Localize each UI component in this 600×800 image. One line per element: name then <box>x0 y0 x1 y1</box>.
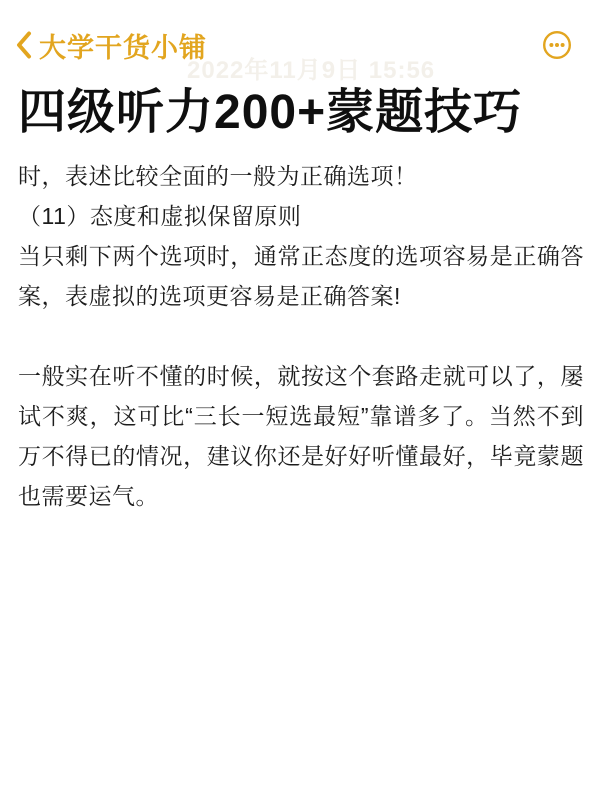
body-paragraph: （11）态度和虚拟保留原则 <box>18 196 584 236</box>
more-options-button[interactable] <box>542 30 572 60</box>
note-title: 四级听力200+蒙题技巧 <box>18 84 582 142</box>
body-paragraph: 时，表述比较全面的一般为正确选项！ <box>18 156 584 196</box>
note-page: 大学干货小铺 2022年11月9日 15:56 四级听力200+蒙题技巧 时，表… <box>0 0 600 800</box>
body-paragraph: 当只剩下两个选项时，通常正态度的选项容易是正确答案，表虚拟的选项更容易是正确答案… <box>18 236 584 316</box>
ellipsis-circle-icon <box>544 32 570 58</box>
top-nav-bar: 大学干货小铺 <box>0 26 600 64</box>
back-button[interactable]: 大学干货小铺 <box>16 26 207 65</box>
back-button-label: 大学干货小铺 <box>39 26 207 65</box>
body-paragraph: 一般实在听不懂的时候，就按这个套路走就可以了，屡试不爽，这可比“三长一短选最短”… <box>18 356 584 516</box>
note-body: 时，表述比较全面的一般为正确选项！ （11）态度和虚拟保留原则 当只剩下两个选项… <box>18 156 584 516</box>
chevron-left-icon <box>16 31 32 59</box>
